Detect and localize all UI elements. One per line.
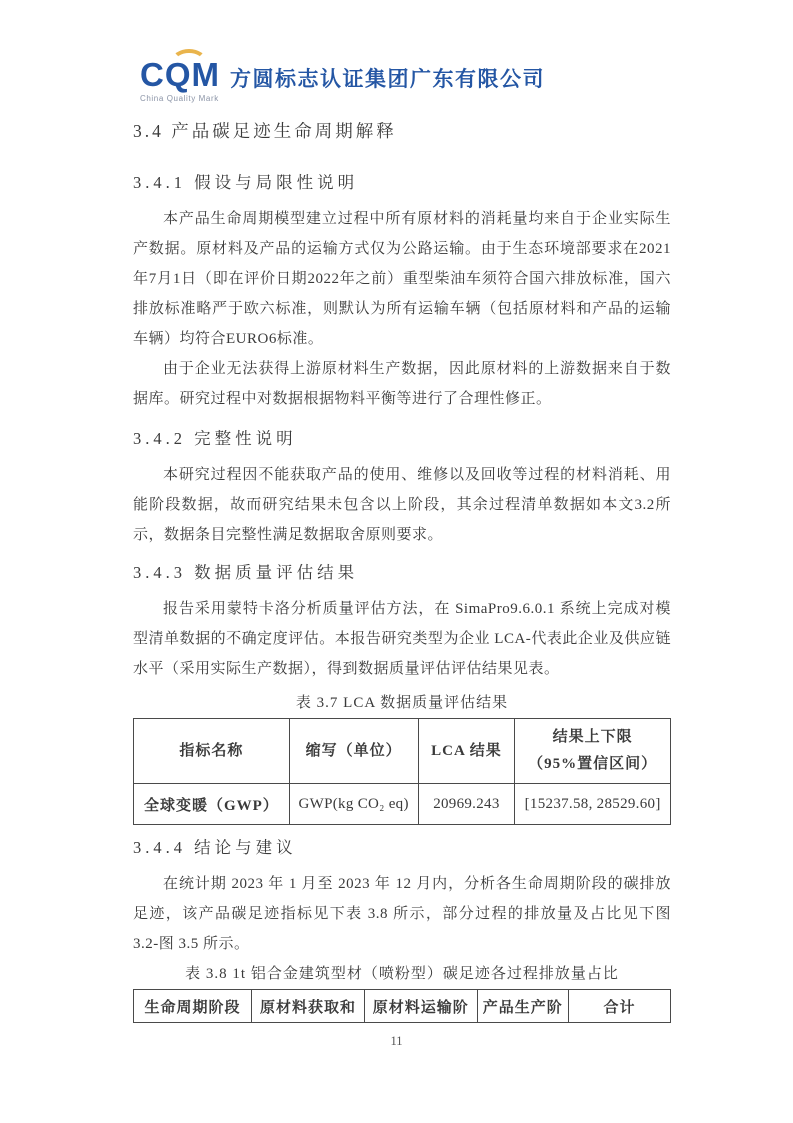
- paragraph-assumptions-1: 本产品生命周期模型建立过程中所有原材料的消耗量均来自于企业实际生产数据。原材料及…: [133, 204, 671, 354]
- column-header-lca-result: LCA 结果: [418, 719, 515, 784]
- column-header-confidence-interval: 结果上下限 （95%置信区间）: [515, 719, 671, 784]
- company-name: 方圆标志认证集团广东有限公司: [230, 63, 545, 93]
- table-3-8-caption: 表 3.8 1t 铝合金建筑型材（喷粉型）碳足迹各过程排放量占比: [133, 961, 671, 987]
- column-header-product-production: 产品生产阶: [477, 990, 568, 1023]
- section-3-4-2-heading: 3.4.2 完整性说明: [133, 426, 671, 452]
- column-header-total: 合计: [568, 990, 670, 1023]
- cqm-logo-mark: CQM China Quality Mark: [140, 58, 220, 103]
- table-3-8-process-emissions: 生命周期阶段 原材料获取和 原材料运输阶 产品生产阶 合计: [133, 989, 671, 1023]
- section-3-4-3-heading: 3.4.3 数据质量评估结果: [133, 560, 671, 586]
- paragraph-assumptions-2: 由于企业无法获得上游原材料生产数据，因此原材料的上游数据来自于数据库。研究过程中…: [133, 354, 671, 414]
- table-header-row: 生命周期阶段 原材料获取和 原材料运输阶 产品生产阶 合计: [134, 990, 671, 1023]
- column-header-raw-material-transport: 原材料运输阶: [364, 990, 477, 1023]
- column-header-raw-material-acquisition: 原材料获取和: [252, 990, 365, 1023]
- paragraph-completeness: 本研究过程因不能获取产品的使用、维修以及回收等过程的材料消耗、用能阶段数据，故而…: [133, 460, 671, 550]
- table-3-7-caption: 表 3.7 LCA 数据质量评估结果: [133, 690, 671, 716]
- table-row: 全球变暖（GWP） GWP(kg CO₂ eq) 20969.243 [1523…: [134, 784, 671, 825]
- paragraph-conclusion: 在统计期 2023 年 1 月至 2023 年 12 月内，分析各生命周期阶段的…: [133, 869, 671, 959]
- cqm-logo-tagline: China Quality Mark: [140, 94, 220, 103]
- section-3-4-heading: 3.4 产品碳足迹生命周期解释: [133, 118, 671, 144]
- table-header-row: 指标名称 缩写（单位） LCA 结果 结果上下限 （95%置信区间）: [134, 719, 671, 784]
- table-3-7-lca-data-quality: 指标名称 缩写（单位） LCA 结果 结果上下限 （95%置信区间） 全球变暖（…: [133, 718, 671, 825]
- page-number: 11: [0, 1034, 793, 1049]
- column-header-lifecycle-stage: 生命周期阶段: [134, 990, 252, 1023]
- cell-gwp-unit: GWP(kg CO₂ eq): [289, 784, 418, 825]
- cqm-logo: CQM China Quality Mark 方圆标志认证集团广东有限公司: [140, 58, 545, 103]
- column-header-indicator-name: 指标名称: [134, 719, 290, 784]
- column-header-abbreviation-unit: 缩写（单位）: [289, 719, 418, 784]
- section-3-4-4-heading: 3.4.4 结论与建议: [133, 835, 671, 861]
- cell-confidence-interval-value: [15237.58, 28529.60]: [515, 784, 671, 825]
- document-body: 3.4 产品碳足迹生命周期解释 3.4.1 假设与局限性说明 本产品生命周期模型…: [133, 118, 671, 1023]
- cell-lca-result-value: 20969.243: [418, 784, 515, 825]
- cell-indicator-gwp: 全球变暖（GWP）: [134, 784, 290, 825]
- document-page: CQM China Quality Mark 方圆标志认证集团广东有限公司 3.…: [0, 0, 793, 1123]
- section-3-4-1-heading: 3.4.1 假设与局限性说明: [133, 170, 671, 196]
- cqm-arc-icon: [171, 49, 207, 75]
- paragraph-data-quality: 报告采用蒙特卡洛分析质量评估方法，在 SimaPro9.6.0.1 系统上完成对…: [133, 594, 671, 684]
